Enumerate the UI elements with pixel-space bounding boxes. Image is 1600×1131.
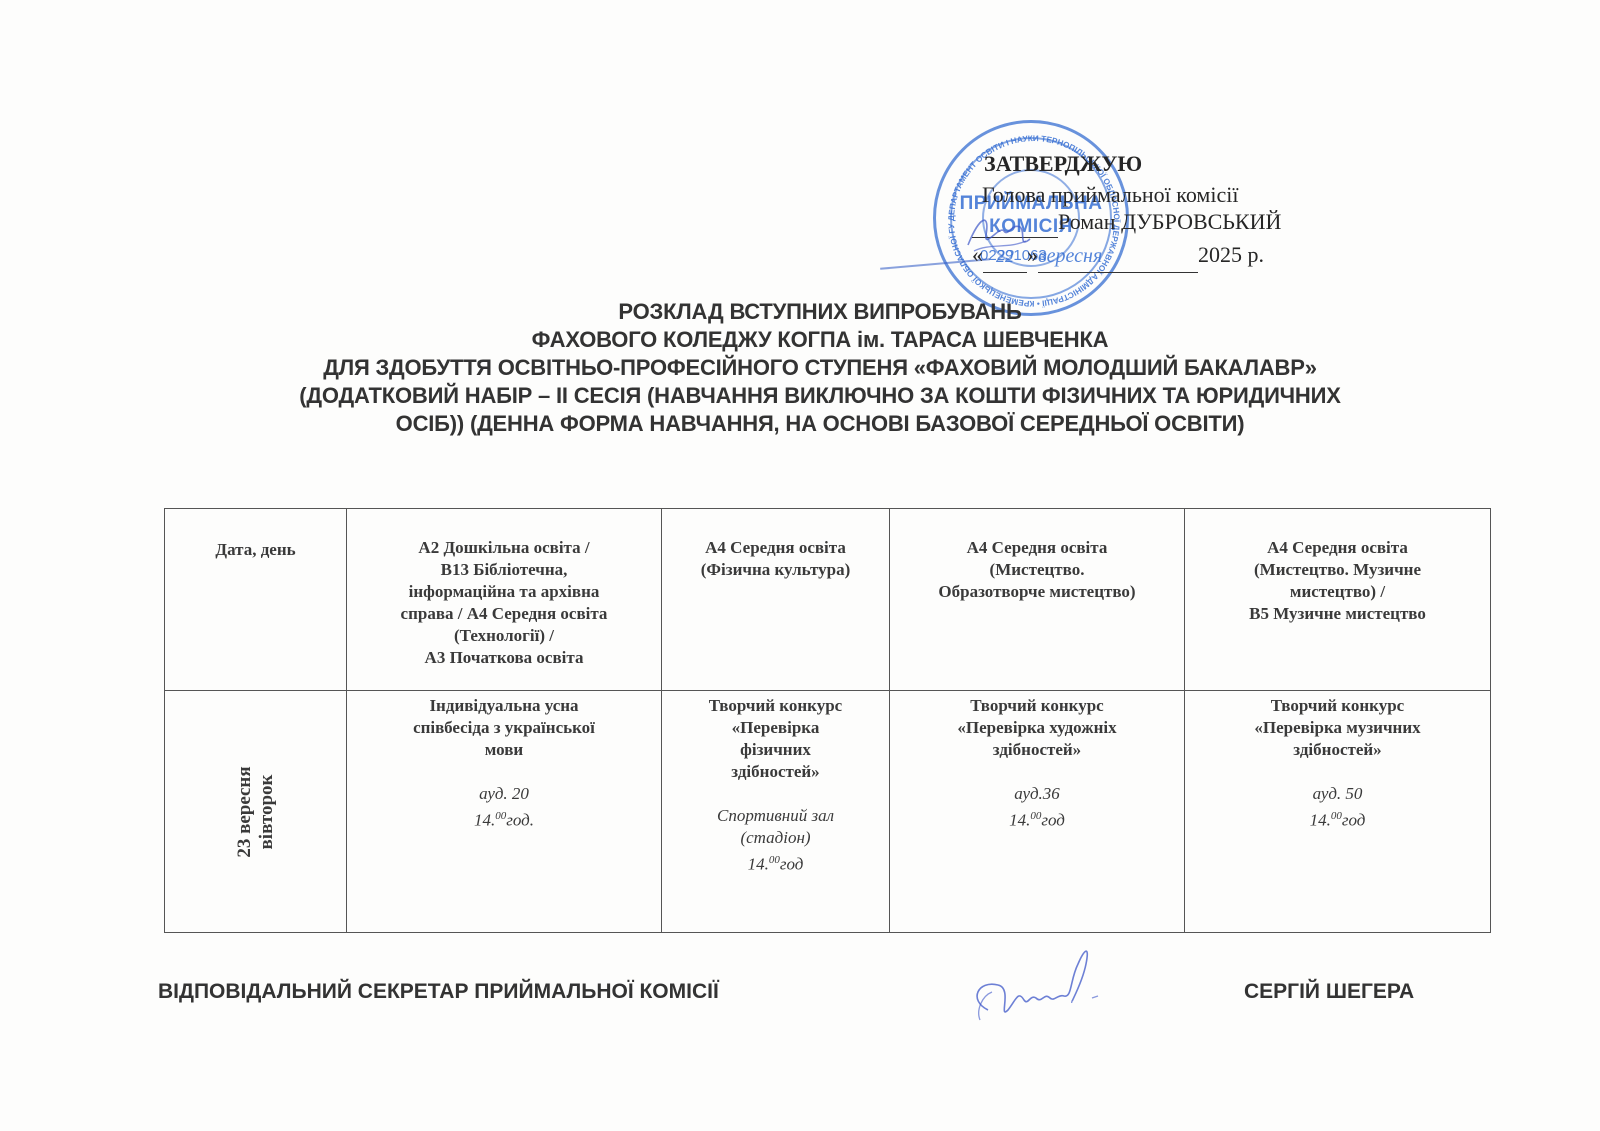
exam-title: Індивідуальна уснаспівбесіда з українськ… bbox=[347, 695, 661, 761]
time-unit: год bbox=[1342, 811, 1366, 830]
date-cell: 23 вересня вівторок bbox=[165, 691, 347, 933]
header-line: (Фізична культура) bbox=[662, 559, 889, 581]
exam-title-line: «Перевірка bbox=[662, 717, 889, 739]
exam-location: ауд.36 bbox=[890, 783, 1184, 805]
exam-time: 14.00год bbox=[662, 849, 889, 876]
header-line: А3 Початкова освіта bbox=[347, 647, 661, 669]
exam-time: 14.00год. bbox=[347, 805, 661, 832]
header-line: мистецтво) / bbox=[1185, 581, 1490, 603]
exam-title-line: Індивідуальна усна bbox=[347, 695, 661, 717]
header-specialty-3: А4 Середня освіта(Мистецтво.Образотворче… bbox=[890, 509, 1185, 691]
title-line-2: ФАХОВОГО КОЛЕДЖУ КОГПА ім. ТАРАСА ШЕВЧЕН… bbox=[120, 326, 1520, 354]
exam-location-time: ауд.3614.00год bbox=[890, 783, 1184, 832]
title-line-4: (ДОДАТКОВИЙ НАБІР – ІІ СЕСІЯ (НАВЧАННЯ В… bbox=[120, 382, 1520, 410]
exam-location: ауд. 20 bbox=[347, 783, 661, 805]
secretary-name: СЕРГІЙ ШЕГЕРА bbox=[1244, 980, 1414, 1004]
approval-date-month: вересня bbox=[1038, 241, 1198, 273]
header-line: (Технології) / bbox=[347, 625, 661, 647]
exam-title-line: фізичних bbox=[662, 739, 889, 761]
header-line: справа / А4 Середня освіта bbox=[347, 603, 661, 625]
exam-title: Творчий конкурс«Перевірка музичнихздібно… bbox=[1185, 695, 1490, 761]
exam-cell-4: Творчий конкурс«Перевірка музичнихздібно… bbox=[1185, 691, 1491, 933]
exam-cell-2: Творчий конкурс«Перевіркафізичнихздібнос… bbox=[662, 691, 890, 933]
exam-location: (стадіон) bbox=[662, 827, 889, 849]
exam-time: 14.00год bbox=[890, 805, 1184, 832]
exam-title-line: Творчий конкурс bbox=[1185, 695, 1490, 717]
time-unit: год bbox=[1041, 811, 1065, 830]
exam-title-line: здібностей» bbox=[890, 739, 1184, 761]
exam-title: Творчий конкурс«Перевіркафізичнихздібнос… bbox=[662, 695, 889, 783]
exam-title-line: Творчий конкурс bbox=[890, 695, 1184, 717]
header-line: А2 Дошкільна освіта / bbox=[347, 537, 661, 559]
header-line: В13 Бібліотечна, bbox=[347, 559, 661, 581]
time-minutes: 00 bbox=[1331, 810, 1342, 822]
exam-title-line: здібностей» bbox=[662, 761, 889, 783]
exam-location-time: ауд. 5014.00год bbox=[1185, 783, 1490, 832]
secretary-role: ВІДПОВІДАЛЬНИЙ СЕКРЕТАР ПРИЙМАЛЬНОЇ КОМІ… bbox=[158, 980, 719, 1004]
exam-cell-3: Творчий конкурс«Перевірка художніхздібно… bbox=[890, 691, 1185, 933]
header-line: А4 Середня освіта bbox=[1185, 537, 1490, 559]
exam-title-line: «Перевірка художніх bbox=[890, 717, 1184, 739]
title-line-1: РОЗКЛАД ВСТУПНИХ ВИПРОБУВАНЬ bbox=[120, 298, 1520, 326]
time-minutes: 00 bbox=[769, 854, 780, 866]
secretary-signature bbox=[958, 940, 1128, 1030]
title-line-3: ДЛЯ ЗДОБУТТЯ ОСВІТНЬО-ПРОФЕСІЙНОГО СТУПЕ… bbox=[120, 354, 1520, 382]
time-hour: 14. bbox=[1009, 811, 1030, 830]
header-line: Дата, день bbox=[165, 539, 346, 561]
exam-title-line: співбесіда з української bbox=[347, 717, 661, 739]
exam-time: 14.00год bbox=[1185, 805, 1490, 832]
time-hour: 14. bbox=[1310, 811, 1331, 830]
exam-title-line: «Перевірка музичних bbox=[1185, 717, 1490, 739]
header-date-day: Дата, день bbox=[165, 509, 347, 691]
header-specialty-4: А4 Середня освіта(Мистецтво. Музичнемист… bbox=[1185, 509, 1491, 691]
time-hour: 14. bbox=[748, 855, 769, 874]
table-header-row: Дата, деньА2 Дошкільна освіта /В13 Біблі… bbox=[165, 509, 1491, 691]
exam-title-line: мови bbox=[347, 739, 661, 761]
title-line-5: ОСІБ)) (ДЕННА ФОРМА НАВЧАННЯ, НА ОСНОВІ … bbox=[120, 410, 1520, 438]
exam-cell-1: Індивідуальна уснаспівбесіда з українськ… bbox=[347, 691, 662, 933]
exam-title-line: здібностей» bbox=[1185, 739, 1490, 761]
exam-title-line: Творчий конкурс bbox=[662, 695, 889, 717]
time-minutes: 00 bbox=[1030, 810, 1041, 822]
exam-location: ауд. 50 bbox=[1185, 783, 1490, 805]
header-specialty-1: А2 Дошкільна освіта /В13 Бібліотечна,інф… bbox=[347, 509, 662, 691]
exam-title: Творчий конкурс«Перевірка художніхздібно… bbox=[890, 695, 1184, 761]
header-line: А4 Середня освіта bbox=[890, 537, 1184, 559]
approval-date-year: 2025 р. bbox=[1198, 242, 1264, 267]
exam-location-time: Спортивний зал(стадіон)14.00год bbox=[662, 805, 889, 876]
schedule-table: Дата, деньА2 Дошкільна освіта /В13 Біблі… bbox=[164, 508, 1491, 933]
header-line: А4 Середня освіта bbox=[662, 537, 889, 559]
approver-signature bbox=[960, 205, 1040, 265]
time-hour: 14. bbox=[474, 811, 495, 830]
approval-heading: ЗАТВЕРДЖУЮ bbox=[984, 148, 1142, 179]
header-line: інформаційна та архівна bbox=[347, 581, 661, 603]
exam-location: Спортивний зал bbox=[662, 805, 889, 827]
approval-name: Роман ДУБРОВСЬКИЙ bbox=[1058, 209, 1281, 234]
header-specialty-2: А4 Середня освіта(Фізична культура) bbox=[662, 509, 890, 691]
header-line: (Мистецтво. Музичне bbox=[1185, 559, 1490, 581]
table-row: 23 вересня вівторок Індивідуальна уснасп… bbox=[165, 691, 1491, 933]
document-title: РОЗКЛАД ВСТУПНИХ ВИПРОБУВАНЬ ФАХОВОГО КО… bbox=[120, 298, 1520, 438]
header-line: (Мистецтво. bbox=[890, 559, 1184, 581]
time-unit: год bbox=[780, 855, 804, 874]
time-minutes: 00 bbox=[495, 810, 506, 822]
header-line: В5 Музичне мистецтво bbox=[1185, 603, 1490, 625]
header-line: Образотворче мистецтво) bbox=[890, 581, 1184, 603]
day-text: вівторок bbox=[256, 766, 278, 857]
date-text: 23 вересня bbox=[234, 766, 256, 857]
exam-location-time: ауд. 2014.00год. bbox=[347, 783, 661, 832]
time-unit: год. bbox=[506, 811, 534, 830]
